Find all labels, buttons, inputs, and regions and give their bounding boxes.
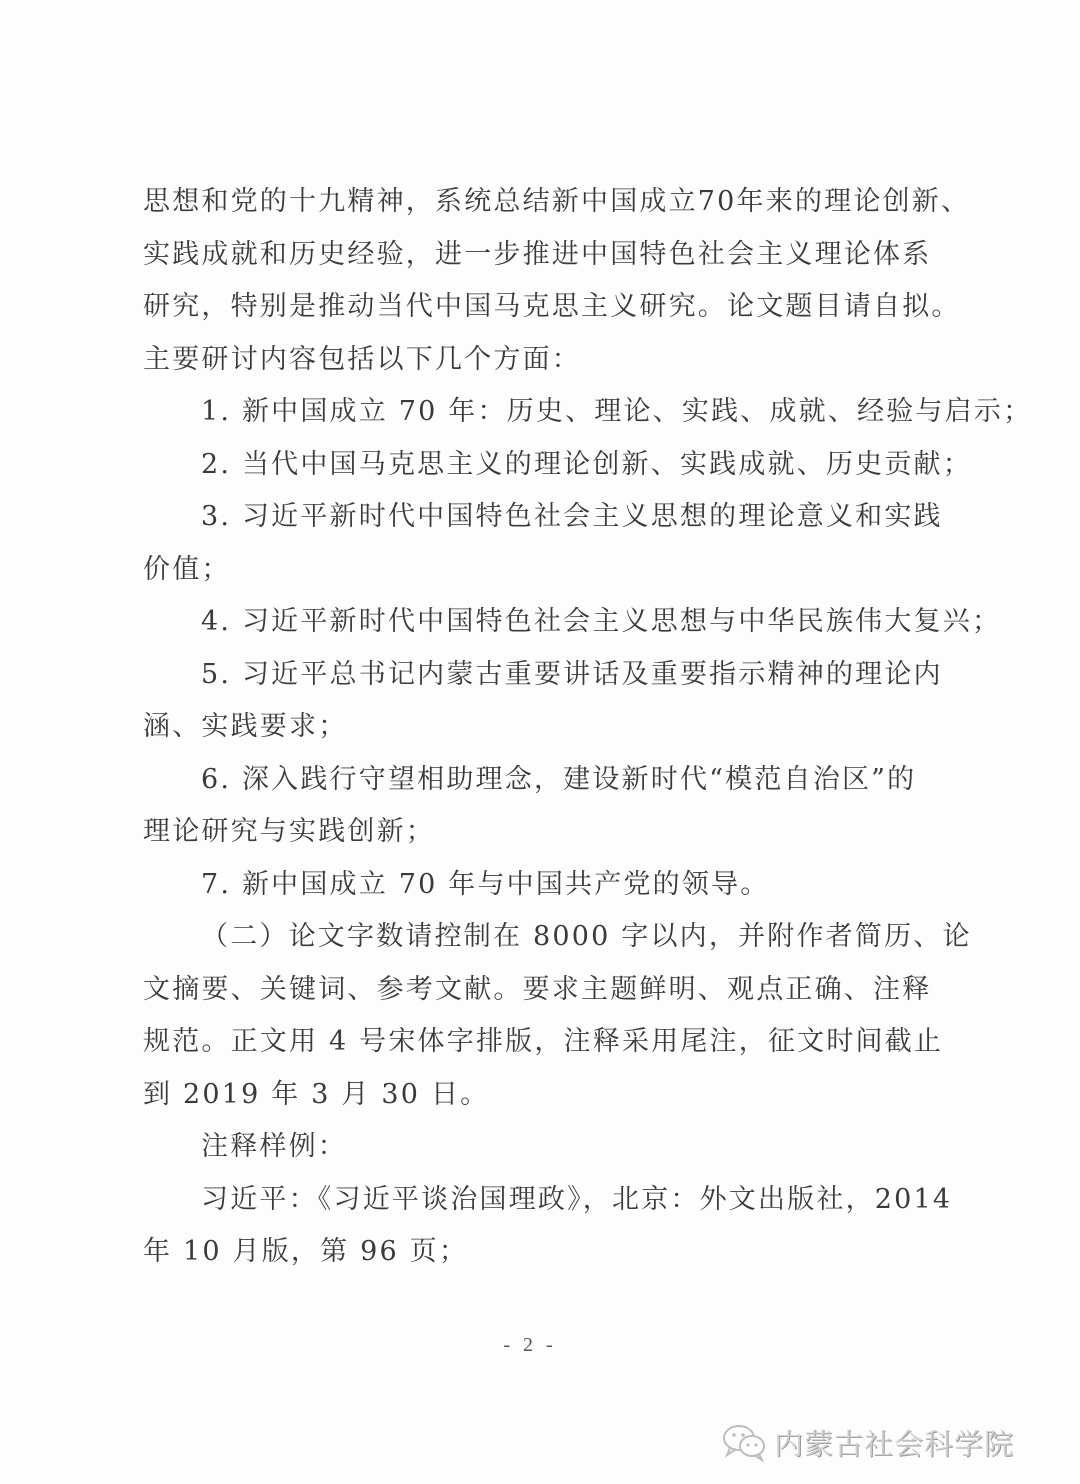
citation-example-continuation: 年 10 月版，第 96 页；	[143, 1226, 938, 1279]
list-item-6-continuation: 理论研究与实践创新；	[143, 806, 938, 859]
page-number: - 2 -	[490, 1334, 570, 1357]
wechat-icon	[722, 1422, 768, 1462]
list-item-5: 5. 习近平总书记内蒙古重要讲话及重要指示精神的理论内	[143, 649, 938, 702]
text-line: 主要研讨内容包括以下几个方面：	[143, 334, 938, 387]
list-item-1: 1. 新中国成立 70 年：历史、理论、实践、成就、经验与启示；	[143, 386, 938, 439]
list-item-4: 4. 习近平新时代中国特色社会主义思想与中华民族伟大复兴；	[143, 596, 938, 649]
list-item-5-continuation: 涵、实践要求；	[143, 701, 938, 754]
text-line: 文摘要、关键词、参考文献。要求主题鲜明、观点正确、注释	[143, 964, 938, 1017]
deadline-line: 到 2019 年 3 月 30 日。	[143, 1069, 938, 1122]
watermark-text: 内蒙古社会科学院	[774, 1422, 1014, 1463]
list-item-3-continuation: 价值；	[143, 544, 938, 597]
text-line: 规范。正文用 4 号宋体字排版，注释采用尾注，征文时间截止	[143, 1016, 938, 1069]
citation-example: 习近平：《习近平谈治国理政》，北京：外文出版社，2014	[143, 1174, 938, 1227]
text-line: 思想和党的十九精神，系统总结新中国成立70年来的理论创新、	[143, 176, 938, 229]
section-2-paragraph: （二）论文字数请控制在 8000 字以内，并附作者简历、论	[143, 911, 938, 964]
list-item-2: 2. 当代中国马克思主义的理论创新、实践成就、历史贡献；	[143, 439, 938, 492]
watermark: 内蒙古社会科学院	[722, 1417, 1014, 1467]
list-item-3: 3. 习近平新时代中国特色社会主义思想的理论意义和实践	[143, 491, 938, 544]
list-item-6: 6. 深入践行守望相助理念，建设新时代“模范自治区”的	[143, 754, 938, 807]
text-line: 实践成就和历史经验，进一步推进中国特色社会主义理论体系	[143, 229, 938, 282]
document-page: 思想和党的十九精神，系统总结新中国成立70年来的理论创新、 实践成就和历史经验，…	[0, 0, 1080, 1484]
text-line: 研究，特别是推动当代中国马克思主义研究。论文题目请自拟。	[143, 281, 938, 334]
list-item-7: 7. 新中国成立 70 年与中国共产党的领导。	[143, 859, 938, 912]
document-body: 思想和党的十九精神，系统总结新中国成立70年来的理论创新、 实践成就和历史经验，…	[143, 176, 938, 1279]
citation-example-heading: 注释样例：	[143, 1121, 938, 1174]
